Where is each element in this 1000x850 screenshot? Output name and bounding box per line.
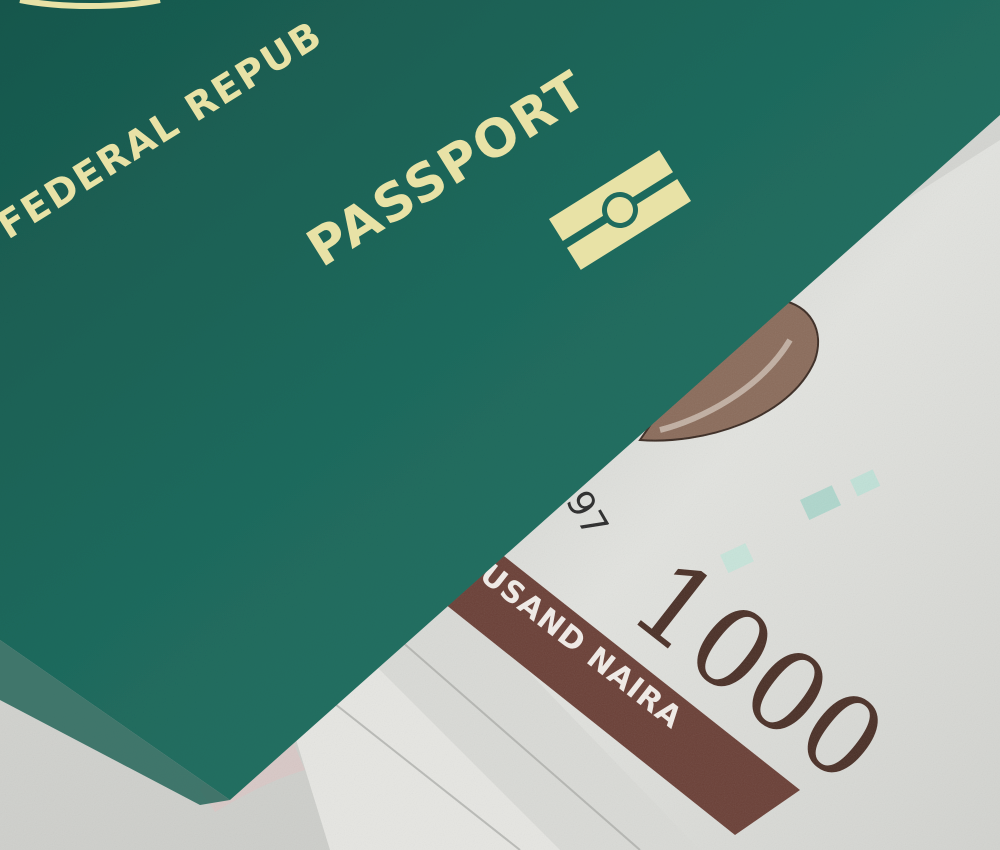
photo-illustration: 97 USAND NAIRA 1000 FEDERAL REPUB PASSPO… (0, 0, 1000, 850)
photo-scene: 97 USAND NAIRA 1000 FEDERAL REPUB PASSPO… (0, 0, 1000, 850)
